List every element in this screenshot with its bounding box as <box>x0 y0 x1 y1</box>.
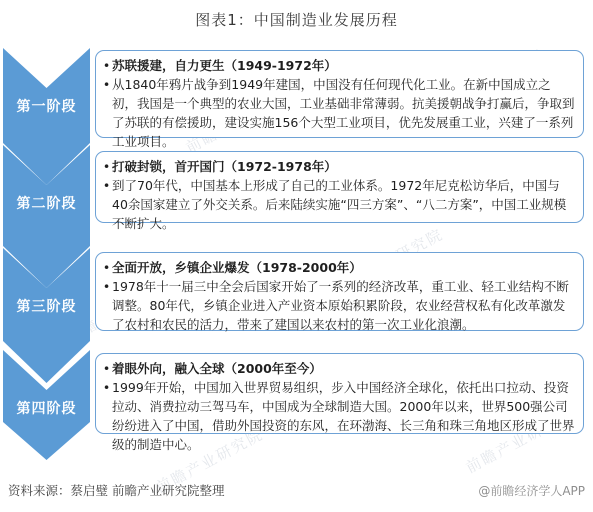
bullet-icon <box>101 75 112 151</box>
stage-label-1: 第一阶段 <box>3 96 90 116</box>
page-title: 图表1：中国制造业发展历程 <box>0 9 593 30</box>
infographic-page: 图表1：中国制造业发展历程 前瞻产业研究院 前瞻产业研究院 前瞻产业研究院 前瞻… <box>0 0 593 512</box>
stage-box-1: 苏联援建，自力更生（1949-1972年） 从1840年鸦片战争到1949年建国… <box>95 50 584 138</box>
stage-body-text: 从1840年鸦片战争到1949年建国，中国没有任何现代化工业。在新中国成立之初，… <box>112 75 575 151</box>
bullet-icon <box>101 56 112 75</box>
stage-body: 1978年十一届三中全会后国家开始了一系列的经济改革，重工业、轻工业结构不断调整… <box>101 277 575 334</box>
stage-box-4: 着眼外向，融入全球（2000年至今） 1999年开始，中国加入世界贸易组织，步入… <box>95 353 584 434</box>
credit-badge: @前瞻经济学人APP <box>478 482 585 499</box>
stage-body: 1999年开始，中国加入世界贸易组织，步入中国经济全球化，依托出口拉动、投资拉动… <box>101 378 575 454</box>
stage-heading: 全面开放，乡镇企业爆发（1978-2000年） <box>101 258 575 277</box>
stage-label-4: 第四阶段 <box>3 398 90 418</box>
stage-body-text: 1999年开始，中国加入世界贸易组织，步入中国经济全球化，依托出口拉动、投资拉动… <box>112 378 575 454</box>
stage-heading: 苏联援建，自力更生（1949-1972年） <box>101 56 575 75</box>
bullet-icon <box>101 258 112 277</box>
bullet-icon <box>101 157 112 176</box>
stage-heading-text: 着眼外向，融入全球（2000年至今） <box>112 359 575 378</box>
stage-box-3: 全面开放，乡镇企业爆发（1978-2000年） 1978年十一届三中全会后国家开… <box>95 252 584 331</box>
stage-box-2: 打破封锁，首开国门（1972-1978年） 到了70年代，中国基本上形成了自己的… <box>95 151 584 223</box>
stage-label-3: 第三阶段 <box>3 296 90 316</box>
bullet-icon <box>101 378 112 454</box>
stage-heading: 打破封锁，首开国门（1972-1978年） <box>101 157 575 176</box>
stage-body: 从1840年鸦片战争到1949年建国，中国没有任何现代化工业。在新中国成立之初，… <box>101 75 575 151</box>
bullet-icon <box>101 359 112 378</box>
stage-label-2: 第二阶段 <box>3 193 90 213</box>
stage-body-text: 到了70年代，中国基本上形成了自己的工业体系。1972年尼克松访华后，中国与40… <box>112 176 575 233</box>
stage-body-text: 1978年十一届三中全会后国家开始了一系列的经济改革，重工业、轻工业结构不断调整… <box>112 277 575 334</box>
stage-heading-text: 全面开放，乡镇企业爆发（1978-2000年） <box>112 258 575 277</box>
bullet-icon <box>101 277 112 334</box>
stage-heading-text: 苏联援建，自力更生（1949-1972年） <box>112 56 575 75</box>
stage-heading: 着眼外向，融入全球（2000年至今） <box>101 359 575 378</box>
stage-heading-text: 打破封锁，首开国门（1972-1978年） <box>112 157 575 176</box>
source-note: 资料来源：蔡启璧 前瞻产业研究院整理 <box>8 481 224 499</box>
stage-body: 到了70年代，中国基本上形成了自己的工业体系。1972年尼克松访华后，中国与40… <box>101 176 575 233</box>
bullet-icon <box>101 176 112 233</box>
